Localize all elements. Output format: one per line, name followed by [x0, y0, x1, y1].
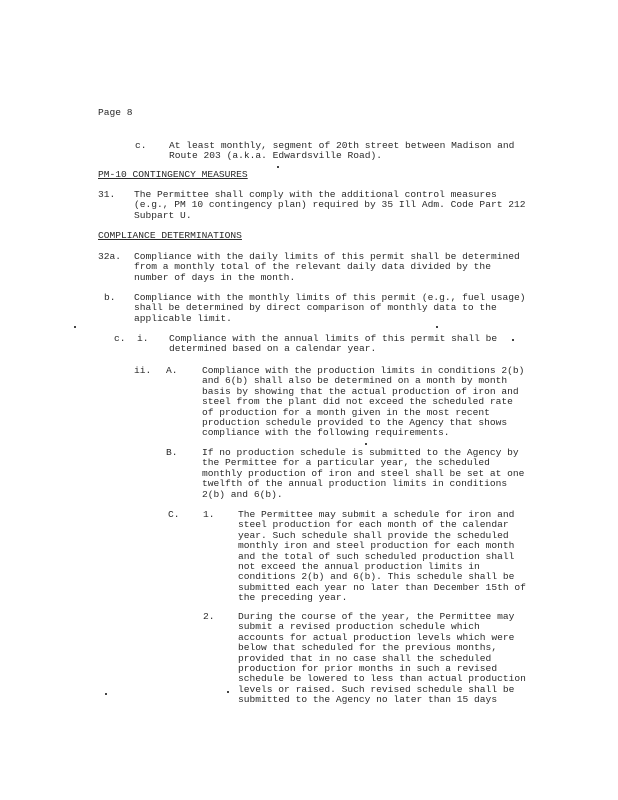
item-marker: c.	[114, 334, 126, 344]
scan-speck	[277, 166, 279, 168]
scan-speck	[365, 443, 367, 445]
item-31-text: The Permittee shall comply with the addi…	[134, 190, 526, 221]
text-line: submitted to the Agency no later than 15…	[238, 695, 526, 705]
scan-speck	[74, 326, 76, 328]
text-line: applicable limit.	[134, 314, 526, 324]
page-header: Page 8	[98, 108, 133, 118]
item-marker: ii.	[134, 366, 151, 376]
item-marker: c.	[135, 141, 147, 151]
text-line: Subpart U.	[134, 211, 526, 221]
section-heading-compliance: COMPLIANCE DETERMINATIONS	[98, 231, 242, 241]
item-c-ii-a-text: Compliance with the production limits in…	[202, 366, 524, 439]
text-line: compliance with the following requiremen…	[202, 428, 524, 438]
item-marker: b.	[104, 293, 116, 303]
text-line: number of days in the month.	[134, 273, 520, 283]
text-line: 2(b) and 6(b).	[202, 490, 524, 500]
item-c-i-text: Compliance with the annual limits of thi…	[169, 334, 497, 355]
item-c-ii-c-2-text: During the course of the year, the Permi…	[238, 612, 526, 706]
section-heading-pm10: PM-10 CONTINGENCY MEASURES	[98, 170, 248, 180]
scan-speck	[512, 339, 514, 341]
item-b-text: Compliance with the monthly limits of th…	[134, 293, 526, 324]
text-line: the preceding year.	[238, 593, 526, 603]
scan-speck	[436, 326, 438, 328]
text-line: (e.g., PM 10 contingency plan) required …	[134, 200, 526, 210]
item-marker: C.	[168, 510, 180, 520]
item-c-ii-b-text: If no production schedule is submitted t…	[202, 448, 524, 500]
text-line: determined based on a calendar year.	[169, 344, 497, 354]
item-32a-text: Compliance with the daily limits of this…	[134, 252, 520, 283]
item-marker: 1.	[203, 510, 215, 520]
document-page: Page 8 c. At least monthly, segment of 2…	[0, 0, 618, 800]
item-marker: 32a.	[98, 252, 121, 262]
scan-speck	[105, 693, 107, 695]
scan-speck	[227, 691, 229, 693]
item-marker: A.	[166, 366, 178, 376]
text-line: Route 203 (a.k.a. Edwardsville Road).	[169, 151, 514, 161]
item-marker: 31.	[98, 190, 115, 200]
item-c-prev-text: At least monthly, segment of 20th street…	[169, 141, 514, 162]
item-marker: 2.	[203, 612, 215, 622]
item-marker: i.	[137, 334, 149, 344]
item-marker: B.	[166, 448, 178, 458]
item-c-ii-c-1-text: The Permittee may submit a schedule for …	[238, 510, 526, 604]
